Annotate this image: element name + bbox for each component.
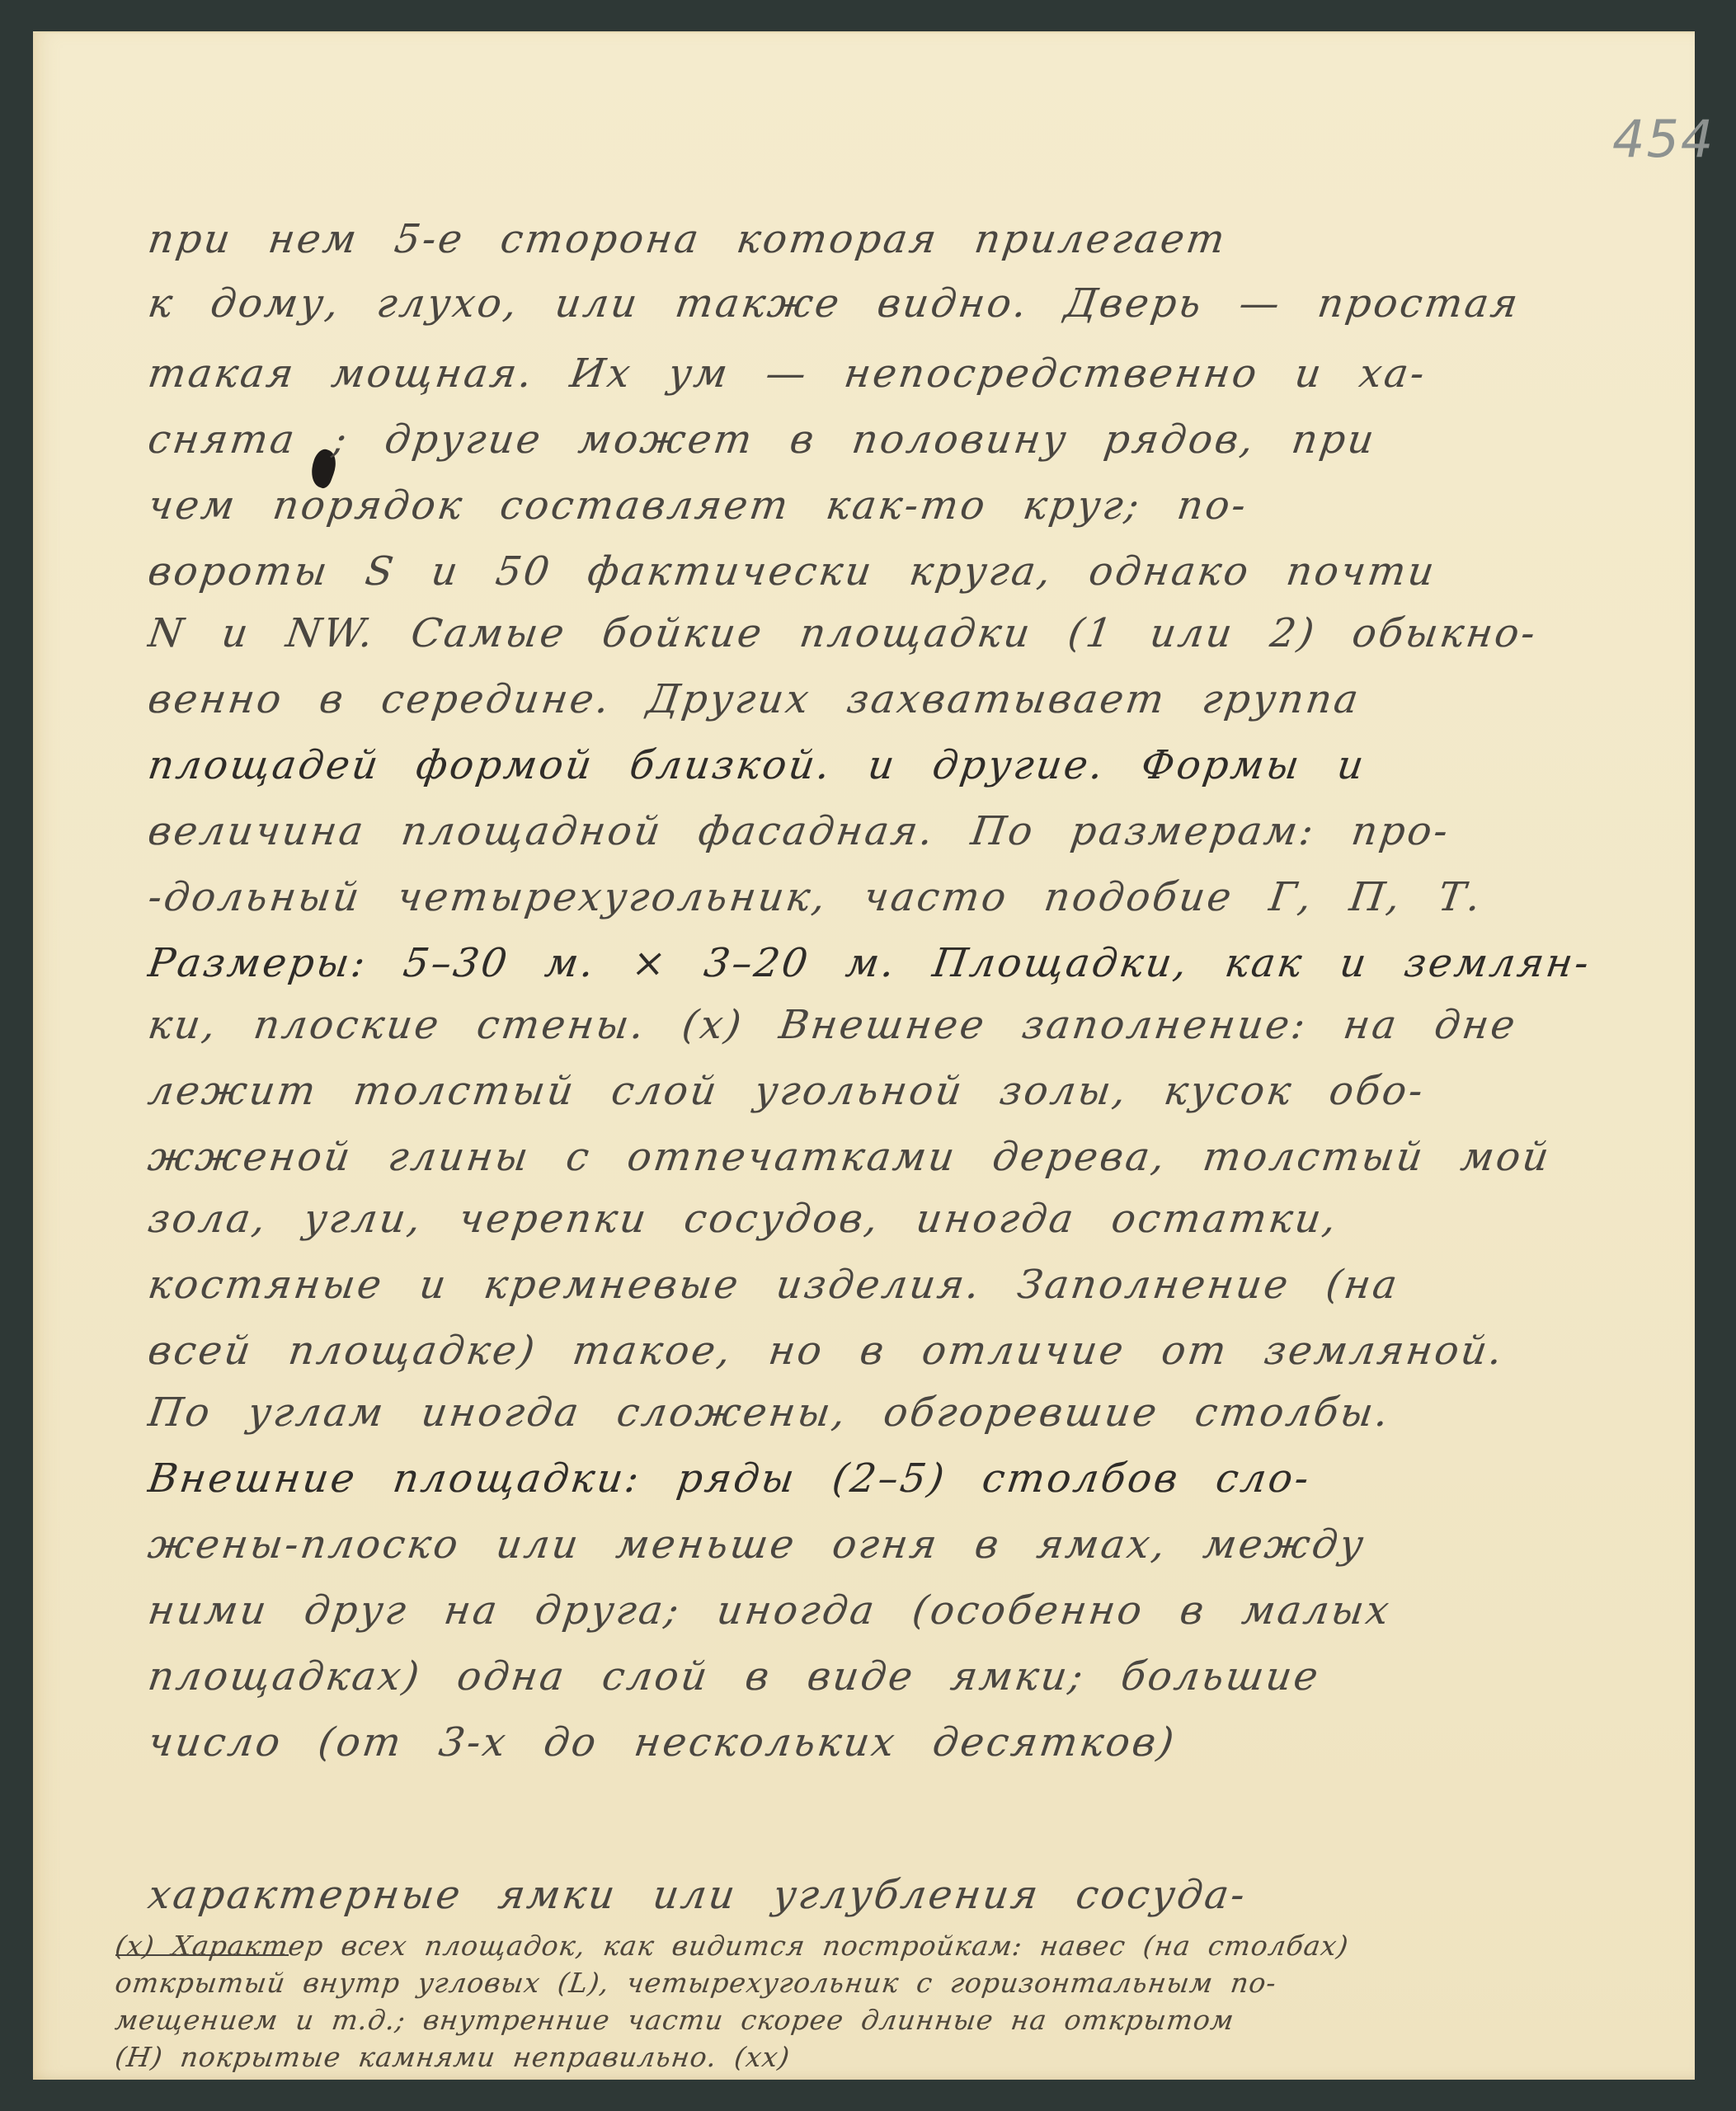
manuscript-line: характерные ямки или углубления сосуда- xyxy=(145,1872,1710,1918)
manuscript-line: -дольный четырехугольник, часто подобие … xyxy=(145,874,1710,920)
manuscript-line: костяные и кремневые изделия. Заполнение… xyxy=(145,1262,1710,1308)
manuscript-line: величина площадной фасадная. По размерам… xyxy=(145,808,1710,854)
manuscript-line: площадей формой близкой. и другие. Формы… xyxy=(145,742,1710,788)
footnote-line: (x) Характер всех площадок, как видится … xyxy=(113,1930,1725,1962)
manuscript-page: 454 при нем 5-е сторона которая прилегае… xyxy=(33,31,1695,2080)
manuscript-line: венно в середине. Других захватывает гру… xyxy=(145,676,1710,722)
manuscript-line: такая мощная. Их ум — непосредственно и … xyxy=(145,350,1710,397)
manuscript-line: число (от 3-х до нескольких десятков) xyxy=(145,1719,1710,1765)
manuscript-line: площадках) одна слой в виде ямки; больши… xyxy=(145,1653,1710,1700)
manuscript-line: всей площадке) такое, но в отличие от зе… xyxy=(145,1328,1710,1374)
manuscript-line: при нем 5-е сторона которая прилегает xyxy=(145,216,1710,262)
manuscript-line: вороты S и 50 фактически круга, однако п… xyxy=(145,548,1710,595)
manuscript-line: Размеры: 5–30 м. × 3–20 м. Площадки, как… xyxy=(145,940,1710,986)
manuscript-line: к дому, глухо, или также видно. Дверь — … xyxy=(145,280,1710,327)
manuscript-line: ними друг на друга; иногда (особенно в м… xyxy=(145,1587,1710,1634)
manuscript-line: По углам иногда сложены, обгоревшие стол… xyxy=(145,1389,1710,1436)
manuscript-line: N и NW. Самые бойкие площадки (1 или 2) … xyxy=(145,610,1710,656)
manuscript-line: зола, угли, черепки сосудов, иногда оста… xyxy=(145,1196,1710,1242)
footnote-line: открытый внутр угловых (L), четырехуголь… xyxy=(113,1967,1725,1999)
manuscript-line: снята ; другие может в половину рядов, п… xyxy=(145,416,1710,463)
manuscript-line: чем порядок составляет как-то круг; по- xyxy=(145,482,1710,529)
manuscript-line: ки, плоские стены. (x) Внешнее заполнени… xyxy=(145,1002,1710,1048)
manuscript-line: лежит толстый слой угольной золы, кусок … xyxy=(145,1068,1710,1114)
footnote-line: (Н) покрытые камнями неправильно. (xx) xyxy=(113,2041,1725,2073)
manuscript-line: жженой глины с отпечатками дерева, толст… xyxy=(145,1134,1710,1180)
manuscript-body: при нем 5-е сторона которая прилегает к … xyxy=(33,33,1695,2080)
footnote-line: мещением и т.д.; внутренние части скорее… xyxy=(113,2004,1725,2036)
manuscript-line: жены-плоско или меньше огня в ямах, межд… xyxy=(145,1521,1710,1568)
manuscript-line: Внешние площадки: ряды (2–5) столбов сло… xyxy=(145,1455,1710,1502)
